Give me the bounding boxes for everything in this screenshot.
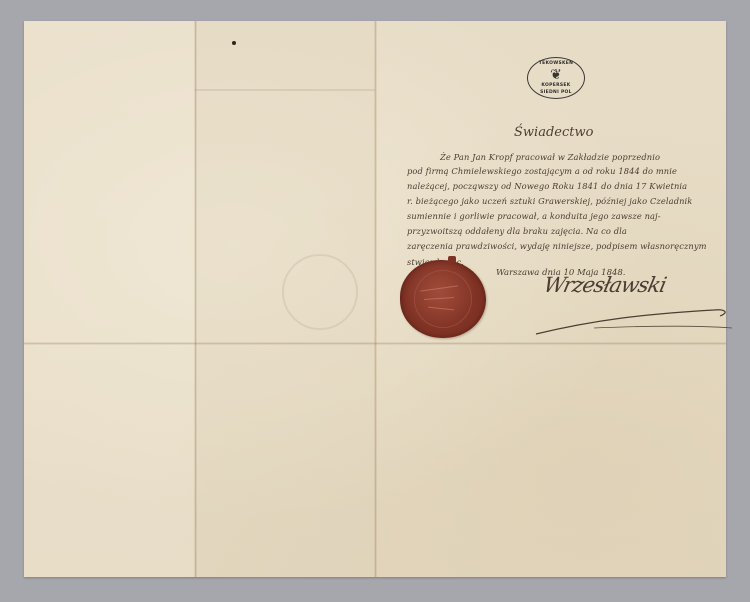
stamp-bottom-text: KOPERSEK	[541, 83, 570, 88]
faint-fold-line	[195, 89, 375, 91]
ink-spot	[232, 41, 236, 45]
signature-flourish-icon	[534, 306, 734, 336]
eagle-emblem-icon: ❦	[550, 68, 562, 82]
seal-impression	[414, 270, 472, 328]
stamp-top-text: TEKOWSKEN	[539, 61, 574, 66]
body-line: przyzwoitszą oddałeny dla braku zajęcia.…	[407, 226, 627, 236]
document-title: Świadectwo	[514, 125, 593, 140]
body-line: r. bieżącego jako uczeń sztuki Grawerski…	[407, 196, 692, 206]
vertical-fold-line	[374, 21, 377, 577]
stamp-bottom-text: SIEDNI POL	[540, 90, 572, 95]
seal-tab	[448, 256, 456, 263]
seal-ghost-impression	[282, 254, 358, 330]
vertical-fold-line	[194, 21, 197, 577]
body-line: pod firmą Chmielewskiego zostającym a od…	[407, 166, 677, 176]
official-stamp: TEKOWSKEN ❦ KOPERSEK SIEDNI POL	[527, 57, 585, 99]
left-panel	[24, 21, 195, 577]
body-line: sumiennie i gorliwie pracował, a konduit…	[407, 211, 661, 221]
body-line: zaręczenia prawdziwości, wydaję niniejsz…	[407, 241, 707, 251]
body-line: należącej, począwszy od Nowego Roku 1841…	[407, 181, 687, 191]
document-paper: TEKOWSKEN ❦ KOPERSEK SIEDNI POL Świadect…	[24, 21, 726, 577]
body-line: Że Pan Jan Kropf pracował w Zakładzie po…	[440, 152, 660, 162]
signature: Wrzesławski	[541, 273, 668, 297]
horizontal-fold-line	[24, 342, 726, 345]
wax-seal	[400, 260, 486, 338]
